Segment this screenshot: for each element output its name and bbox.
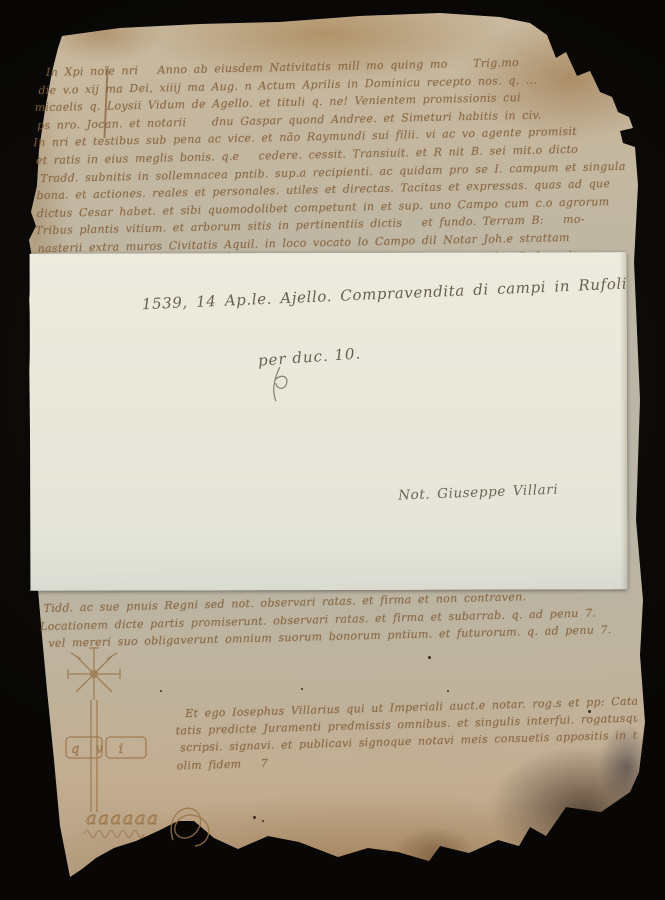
price-flourish-icon — [266, 365, 296, 405]
ink-speck — [262, 820, 264, 822]
notary-subscription-block: Et ego Iosephus Villarius qui ut Imperia… — [175, 693, 639, 784]
slip-notary-signature: Not. Giuseppe Villari — [398, 482, 559, 504]
ink-speck — [428, 656, 431, 659]
ink-speck — [588, 710, 591, 713]
signum-banner-letters: q v i — [71, 742, 129, 757]
document-photo: In Xpi noĩe nri Anno ab eiusdem Nativita… — [0, 0, 665, 900]
signum-base-squiggle — [84, 831, 144, 838]
archival-slip: 1539, 14 Ap.le. Ajello. Compravendita di… — [30, 252, 628, 591]
signum-base-letters: aaaaaa — [86, 808, 159, 829]
paraph-flourish-icon — [163, 798, 225, 854]
ink-speck — [253, 816, 256, 819]
ink-speck — [447, 690, 449, 692]
ink-speck — [301, 688, 303, 690]
slip-title-annotation: 1539, 14 Ap.le. Ajello. Compravendita di… — [142, 274, 628, 313]
ink-speck — [160, 690, 162, 692]
manuscript-top-block: In Xpi noĩe nri Anno ab eiusdem Nativita… — [32, 52, 628, 276]
